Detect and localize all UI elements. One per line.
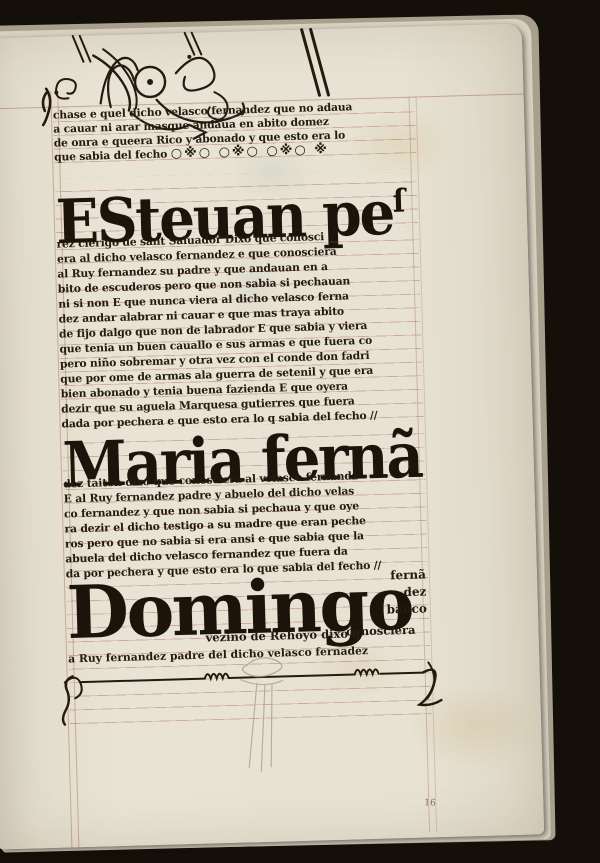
heading-esteuan-perez: ESteuan peſ: [55, 169, 418, 237]
text-line: banco: [386, 600, 427, 618]
testimony-paragraph-esteuan: rez clerigo de sant Saluador Dixo que co…: [56, 227, 423, 432]
text-line-fragment: que sabia del fecho: [54, 147, 167, 163]
domingo-surname-stack: fernã dez banco: [386, 566, 428, 618]
intro-paragraph: chase e quel dicho velasco fernandez que…: [53, 99, 416, 165]
text-line: dez: [386, 583, 427, 601]
folio-number: 16: [424, 798, 436, 808]
text-line: fernã: [386, 566, 427, 584]
heading-curl-flourish: ſ: [392, 184, 406, 221]
manuscript-photo: chase e quel dicho velasco fernandez que…: [0, 0, 600, 863]
manuscript-page: chase e quel dicho velasco fernandez que…: [0, 24, 544, 850]
pencil-sketch-icon: [216, 648, 310, 790]
line-filler-ornament: ○※○ ○※○ ○※○ ※: [171, 142, 330, 161]
